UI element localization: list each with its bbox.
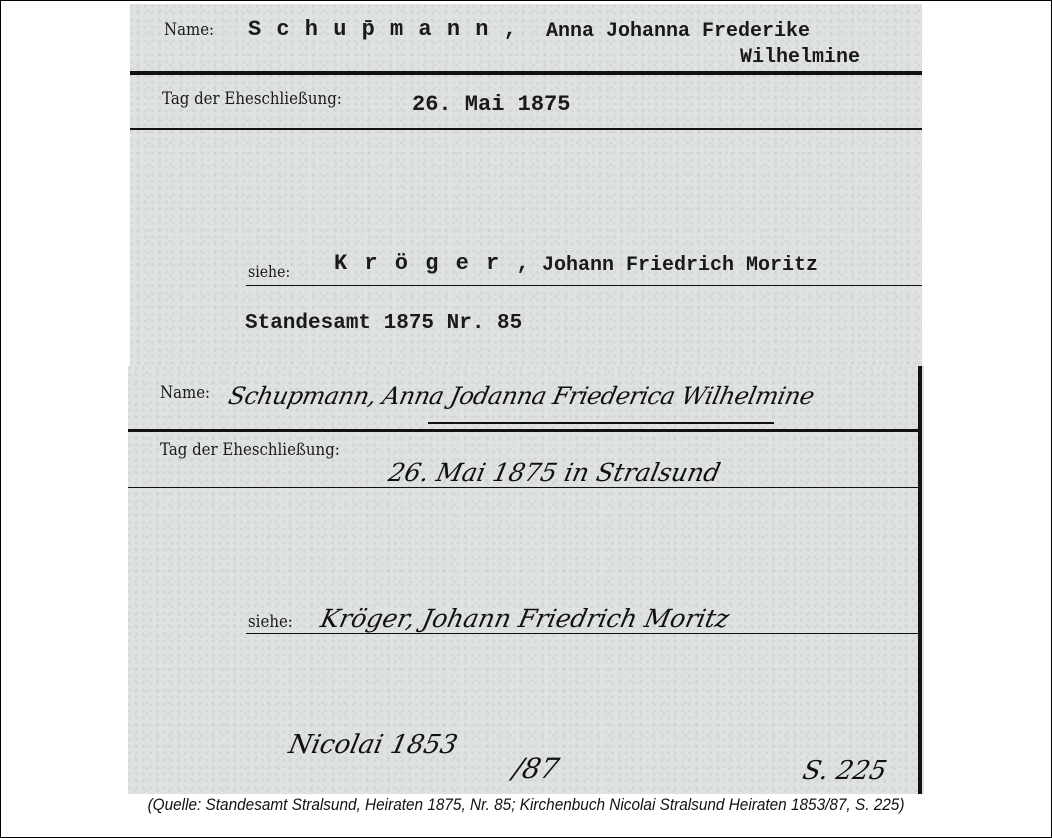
typed-see-rule — [246, 285, 922, 286]
typed-given-names-line2: Wilhelmine — [740, 46, 860, 69]
typed-see-surname: K r ö g e r , — [334, 251, 532, 276]
hand-see-rule — [246, 633, 920, 634]
typed-given-names-line1: Anna Johanna Frederike — [546, 20, 810, 43]
typed-surname: S c h u p̄ m a n n , — [248, 17, 518, 42]
typed-registry-reference: Standesamt 1875 Nr. 85 — [245, 312, 522, 335]
hand-name-value: Schupmann, Anna Jodanna Friederica Wilhe… — [226, 382, 817, 410]
typed-name-label: Name: — [164, 20, 214, 40]
typed-see-given: Johann Friedrich Moritz — [542, 254, 818, 277]
hand-page-reference: S. 225 — [800, 756, 889, 786]
source-caption: (Quelle: Standesamt Stralsund, Heiraten … — [37, 796, 1015, 815]
hand-church-reference: Nicolai 1853 — [286, 730, 460, 760]
hand-date-rule — [128, 487, 920, 488]
hand-church-reference-number: /87 — [510, 752, 562, 785]
hand-name-rule — [128, 429, 920, 432]
typed-see-label: siehe: — [248, 262, 290, 281]
hand-date-value: 26. Mai 1875 in Stralsund — [386, 458, 723, 487]
typed-date-value: 26. Mai 1875 — [412, 92, 570, 117]
hand-see-value: Kröger, Johann Friedrich Moritz — [318, 604, 732, 633]
hand-name-label: Name: — [160, 383, 210, 403]
typed-date-rule — [130, 128, 922, 130]
typed-date-label: Tag der Eheschließung: — [162, 89, 342, 109]
typed-name-rule — [130, 71, 922, 75]
hand-name-underline — [428, 422, 774, 424]
hand-see-label: siehe: — [248, 612, 293, 632]
hand-date-label: Tag der Eheschließung: — [160, 440, 340, 460]
